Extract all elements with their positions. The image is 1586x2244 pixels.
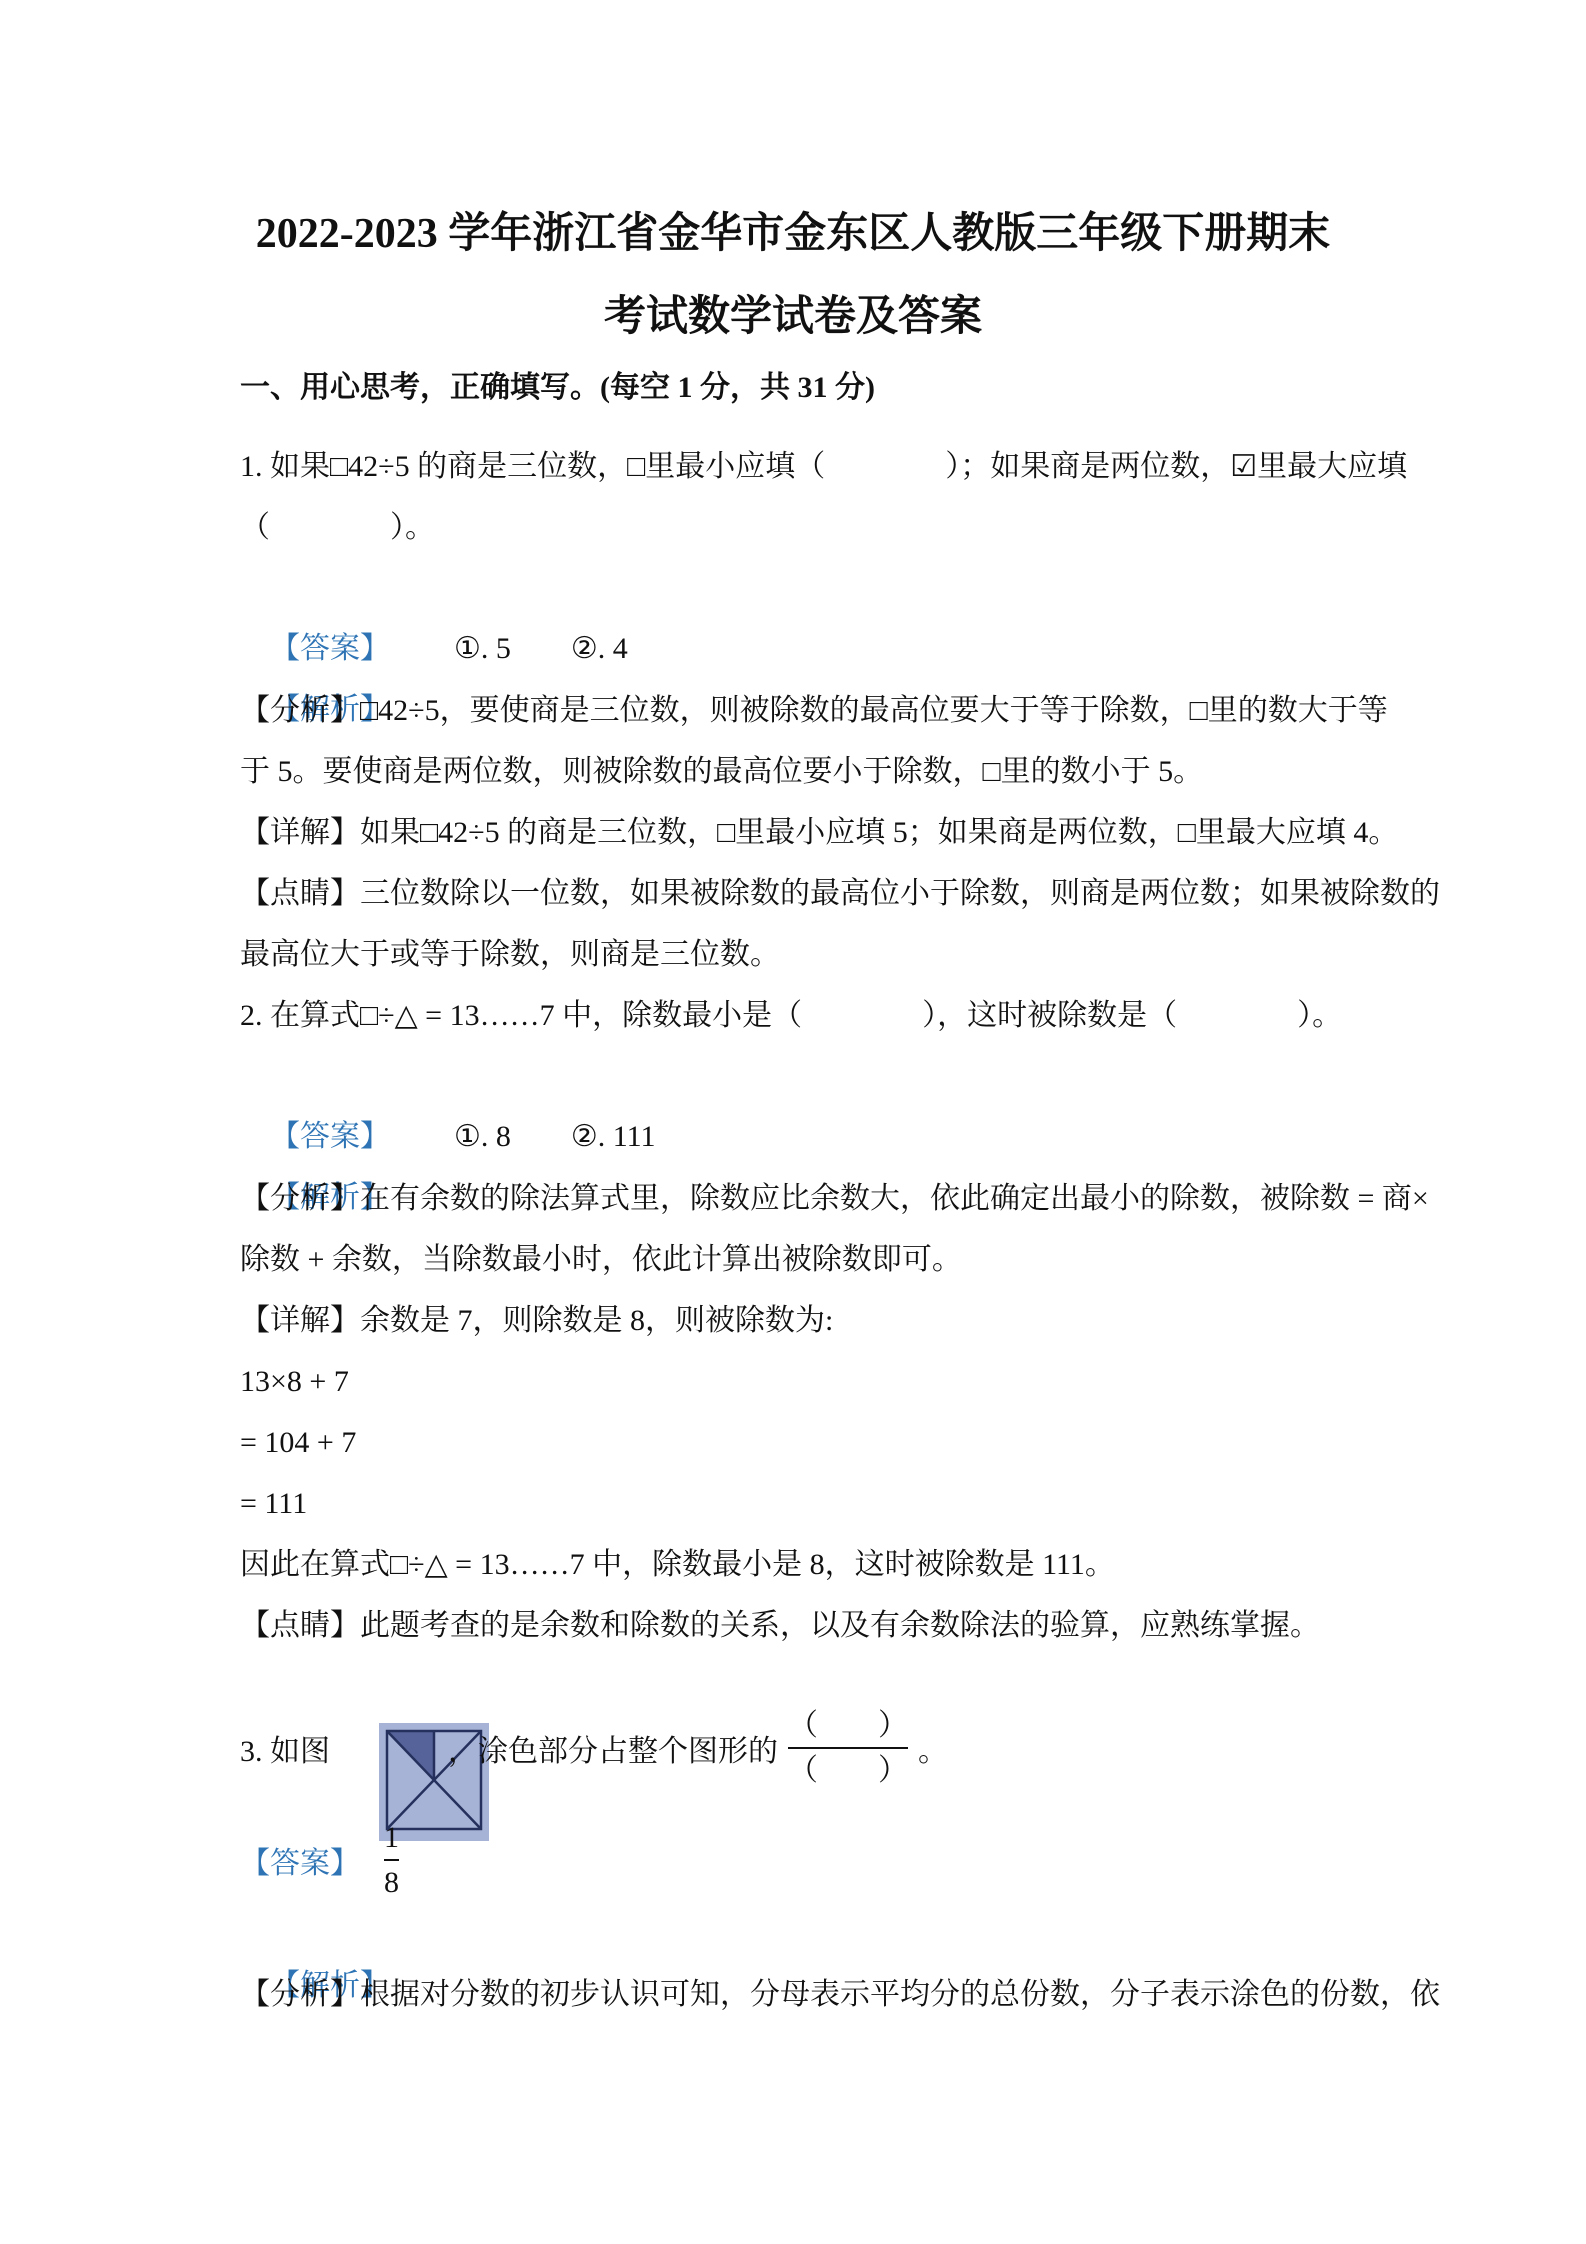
q3-question-row: 3. 如图 ，涂色部分占整个图形的 （ ） （ ） 。 bbox=[240, 1686, 948, 1810]
q1-question-line2: （ ）。 bbox=[240, 498, 1370, 558]
q2-calc-line3: = 111 bbox=[240, 1474, 1370, 1534]
q1-analysis-line1: 【分析】□42÷5，要使商是三位数，则被除数的最高位要大于等于除数，□里的数大于… bbox=[240, 681, 1370, 741]
q2-question-line: 2. 在算式□÷△ = 13……7 中，除数最小是（ ），这时被除数是（ ）。 bbox=[240, 986, 1370, 1046]
q1-jiexi-line: 【解析】 bbox=[240, 620, 1370, 680]
q3-answer-label: 【答案】 bbox=[240, 1838, 360, 1882]
section-heading: 一、用心思考，正确填写。(每空 1 分，共 31 分) bbox=[240, 358, 1370, 418]
q2-calc-line1: 13×8 + 7 bbox=[240, 1352, 1370, 1412]
fraction-bar bbox=[384, 1859, 399, 1861]
q3-blank-fraction-denominator: （ ） bbox=[788, 1752, 908, 1790]
q2-answer-line: 【答案】①. 8 ②. 111 bbox=[240, 1047, 1370, 1107]
q3-answer-fraction: 1 8 bbox=[384, 1819, 399, 1902]
q1-answer-line: 【答案】①. 5 ②. 4 bbox=[240, 559, 1370, 619]
q2-analysis-line2: 除数 + 余数，当除数最小时，依此计算出被除数即可。 bbox=[240, 1230, 1370, 1290]
q3-question-prefix: 3. 如图 bbox=[240, 1726, 330, 1770]
q1-tip-line1: 【点睛】三位数除以一位数，如果被除数的最高位小于除数，则商是两位数；如果被除数的 bbox=[240, 864, 1370, 924]
q3-figure bbox=[334, 1689, 444, 1807]
q2-calc-line2: = 104 + 7 bbox=[240, 1413, 1370, 1473]
q3-analysis-line: 【分析】根据对分数的初步认识可知，分母表示平均分的总份数，分子表示涂色的份数，依 bbox=[240, 1965, 1370, 2025]
q3-blank-fraction: （ ） （ ） bbox=[788, 1707, 908, 1790]
q2-tip-line: 【点睛】此题考查的是余数和除数的关系，以及有余数除法的验算，应熟练掌握。 bbox=[240, 1596, 1370, 1656]
q3-question-period: 。 bbox=[918, 1726, 948, 1770]
q1-detail-line: 【详解】如果□42÷5 的商是三位数，□里最小应填 5；如果商是两位数，□里最大… bbox=[240, 803, 1370, 863]
q3-question-suffix: ，涂色部分占整个图形的 bbox=[448, 1726, 778, 1770]
q1-tip-line2: 最高位大于或等于除数，则商是三位数。 bbox=[240, 925, 1370, 985]
document-title-line1: 2022-2023 学年浙江省金华市金东区人教版三年级下册期末 bbox=[0, 204, 1586, 264]
q3-jiexi-line: 【解析】 bbox=[240, 1896, 1370, 1956]
fraction-bar bbox=[788, 1747, 908, 1749]
q3-answer-fraction-numerator: 1 bbox=[384, 1819, 399, 1857]
exam-document-page: 2022-2023 学年浙江省金华市金东区人教版三年级下册期末 考试数学试卷及答… bbox=[0, 0, 1586, 2244]
q2-conclusion-line: 因此在算式□÷△ = 13……7 中，除数最小是 8，这时被除数是 111。 bbox=[240, 1535, 1370, 1595]
q2-detail-line: 【详解】余数是 7，则除数是 8，则被除数为: bbox=[240, 1291, 1370, 1351]
q1-question-line1: 1. 如果□42÷5 的商是三位数，□里最小应填（ ）；如果商是两位数，☑里最大… bbox=[240, 437, 1370, 497]
q1-analysis-line2: 于 5。要使商是两位数，则被除数的最高位要小于除数，□里的数小于 5。 bbox=[240, 742, 1370, 802]
document-title-line2: 考试数学试卷及答案 bbox=[0, 287, 1586, 347]
q3-blank-fraction-numerator: （ ） bbox=[788, 1707, 908, 1745]
q2-analysis-line1: 【分析】在有余数的除法算式里，除数应比余数大，依此确定出最小的除数，被除数 = … bbox=[240, 1169, 1370, 1229]
q2-jiexi-line: 【解析】 bbox=[240, 1108, 1370, 1168]
